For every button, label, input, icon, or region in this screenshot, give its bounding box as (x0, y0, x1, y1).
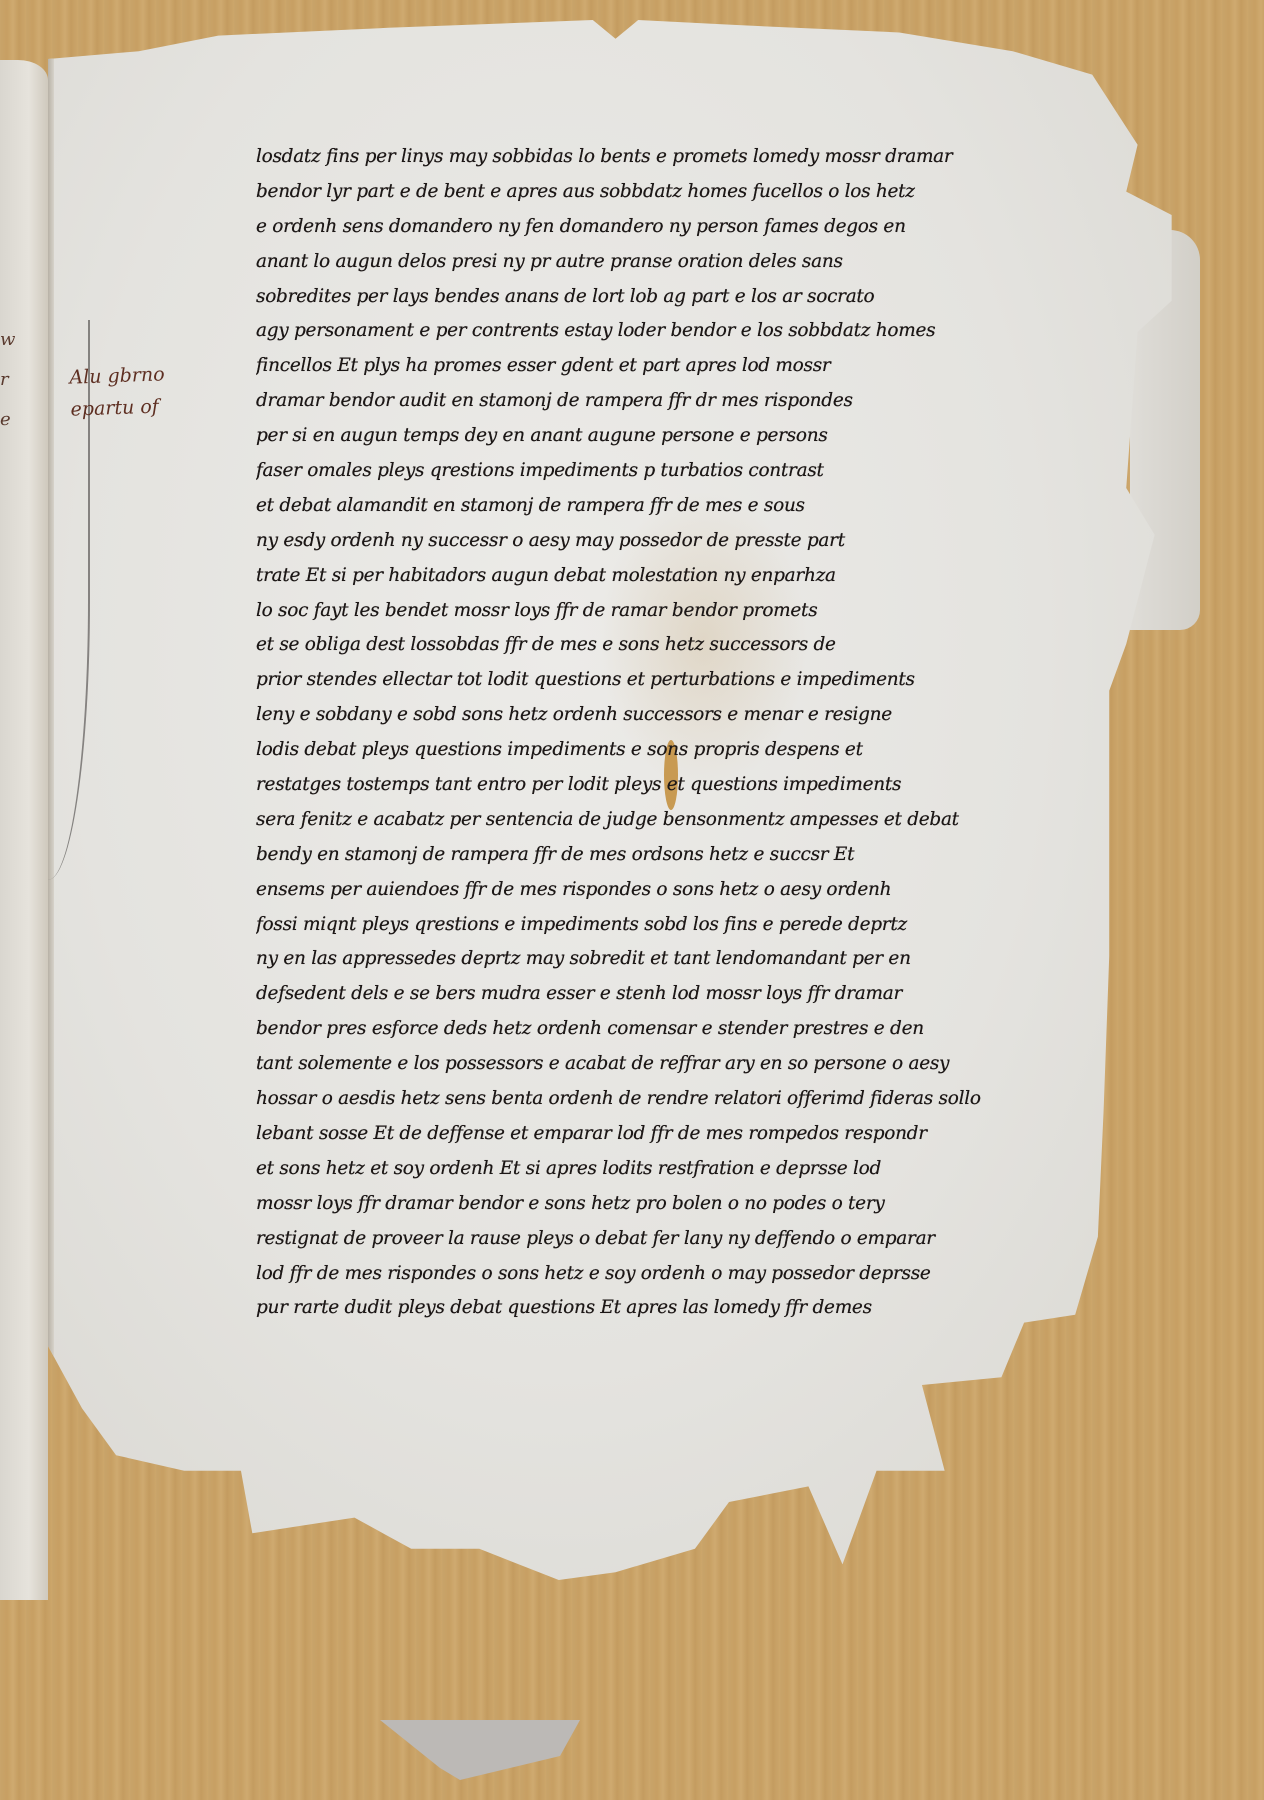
text-line: et debat alamandit en stamonj de rampera… (256, 489, 1176, 524)
adjacent-leaf: w r e (0, 60, 48, 1600)
text-line: restatges tostemps tant entro per lodit … (256, 768, 1176, 803)
text-line: bendor pres esforce deds hetz ordenh com… (256, 1012, 1176, 1047)
text-line: per si en augun temps dey en anant augun… (256, 419, 1176, 454)
text-line: ny esdy ordenh ny successr o aesy may po… (256, 524, 1176, 559)
text-line: lebant sosse Et de deffense et emparar l… (256, 1117, 1176, 1152)
text-line: lod ffr de mes rispondes o sons hetz e s… (256, 1257, 1176, 1292)
text-line: et sons hetz et soy ordenh Et si apres l… (256, 1152, 1176, 1187)
text-line: lodis debat pleys questions impediments … (256, 733, 1176, 768)
text-line: hossar o aesdis hetz sens benta ordenh d… (256, 1082, 1176, 1117)
text-line: et se obliga dest lossobdas ffr de mes e… (256, 628, 1176, 663)
text-line: faser omales pleys qrestions impediments… (256, 454, 1176, 489)
text-line: trate Et si per habitadors augun debat m… (256, 559, 1176, 594)
margin-line: epartu of (70, 390, 166, 425)
adjacent-leaf-marks: w r e (0, 320, 20, 440)
text-line: restignat de proveer la rause pleys o de… (256, 1222, 1176, 1257)
text-line: ensems per auiendoes ffr de mes risponde… (256, 873, 1176, 908)
text-line: e ordenh sens domandero ny fen domandero… (256, 210, 1176, 245)
text-line: ny en las appressedes deprtz may sobredi… (256, 942, 1176, 977)
text-line: prior stendes ellectar tot lodit questio… (256, 663, 1176, 698)
text-line: pur rarte dudit pleys debat questions Et… (256, 1291, 1176, 1326)
text-line: bendor lyr part e de bent e apres aus so… (256, 175, 1176, 210)
text-line: lo soc fayt les bendet mossr loys ffr de… (256, 594, 1176, 629)
torn-fold-bottom (380, 1720, 580, 1780)
text-line: sera fenitz e acabatz per sentencia de j… (256, 803, 1176, 838)
text-line: leny e sobdany e sobd sons hetz ordenh s… (256, 698, 1176, 733)
text-line: mossr loys ffr dramar bendor e sons hetz… (256, 1187, 1176, 1222)
text-line: losdatz fins per linys may sobbidas lo b… (256, 140, 1176, 175)
worm-hole (88, 1565, 97, 1579)
text-line: defsedent dels e se bers mudra esser e s… (256, 977, 1176, 1012)
margin-annotation: Alu gbrno epartu of (69, 358, 166, 425)
text-line: sobredites per lays bendes anans de lort… (256, 280, 1176, 315)
text-line: fossi miqnt pleys qrestions e impediment… (256, 908, 1176, 943)
text-line: dramar bendor audit en stamonj de ramper… (256, 384, 1176, 419)
main-text-block: losdatz fins per linys may sobbidas lo b… (256, 140, 1176, 1326)
text-line: anant lo augun delos presi ny pr autre p… (256, 245, 1176, 280)
text-line: fincellos Et plys ha promes esser gdent … (256, 349, 1176, 384)
text-line: bendy en stamonj de rampera ffr de mes o… (256, 838, 1176, 873)
text-line: agy personament e per contrents estay lo… (256, 314, 1176, 349)
text-line: tant solemente e los possessors e acabat… (256, 1047, 1176, 1082)
margin-line: Alu gbrno (69, 358, 165, 393)
